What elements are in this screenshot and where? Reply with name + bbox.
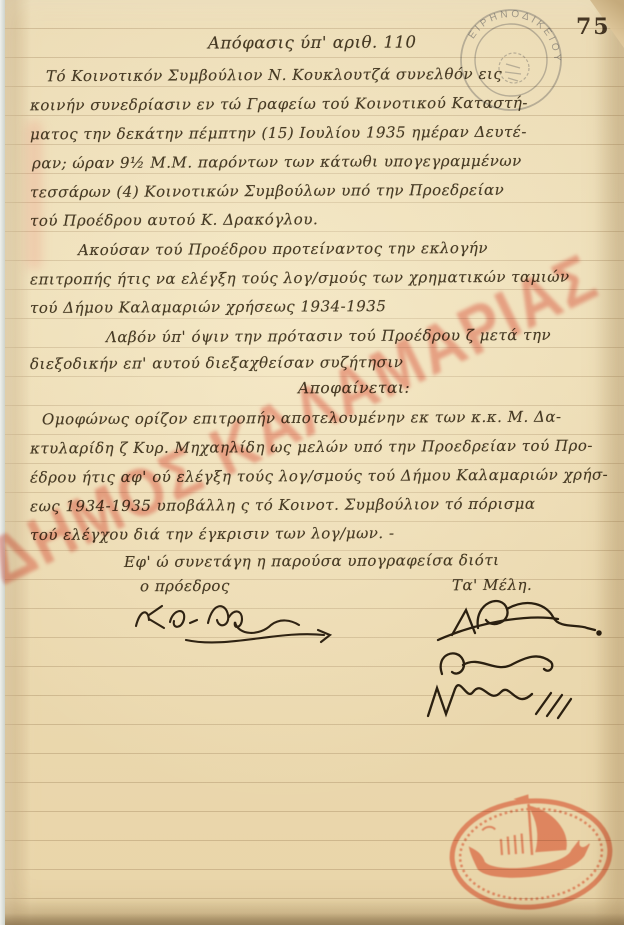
manuscript-line: κοινήν συνεδρίασιν εν τώ Γραφείω τού Κοι… — [30, 94, 528, 115]
document-heading: Απόφασις ύπ' αριθ. 110 — [208, 32, 417, 52]
page-number: 75 — [576, 14, 611, 40]
president-signature — [128, 592, 343, 654]
manuscript-line: Ακούσαν τού Προέδρου προτείναντος την εκ… — [78, 239, 488, 259]
manuscript-line: ματος την δεκάτην πέμπτην (15) Ιουλίου 1… — [30, 123, 527, 144]
scan-edge — [0, 0, 5, 925]
manuscript-line: ραν; ώραν 9½ Μ.Μ. παρόντων των κάτωθι υπ… — [32, 152, 522, 173]
member-signature-2 — [441, 653, 553, 674]
member-signature-3 — [428, 685, 571, 718]
svg-text:ΕΙΡΗΝΟΔΙΚΕΙΟΥ: ΕΙΡΗΝΟΔΙΚΕΙΟΥ — [467, 9, 563, 64]
manuscript-line: τού Προέδρου αυτού Κ. Δρακόγλου. — [30, 210, 318, 230]
photo-bottom-shadow — [5, 913, 624, 925]
document-page: 75 ΕΙΡΗΝΟΔΙΚΕΙΟΥ Απόφασις ύπ' αριθ. 110 … — [0, 0, 624, 925]
manuscript-line: Τό Κοινοτικόν Συμβούλιον Ν. Κουκλουτζά σ… — [46, 65, 502, 85]
court-stamp-label: ΕΙΡΗΝΟΔΙΚΕΙΟΥ — [467, 9, 563, 64]
manuscript-line: τεσσάρων (4) Κοινοτικών Συμβούλων υπό τη… — [30, 181, 504, 201]
manuscript-line: τού Δήμου Καλαμαριών χρήσεως 1934-1935 — [30, 297, 386, 317]
ship-stamp — [444, 793, 618, 915]
member-signatures — [408, 588, 613, 736]
manuscript-line: Εφ' ώ συνετάγη η παρούσα υπογραφείσα διό… — [124, 551, 500, 571]
member-signature-1 — [438, 601, 601, 640]
ship-icon — [466, 791, 591, 881]
